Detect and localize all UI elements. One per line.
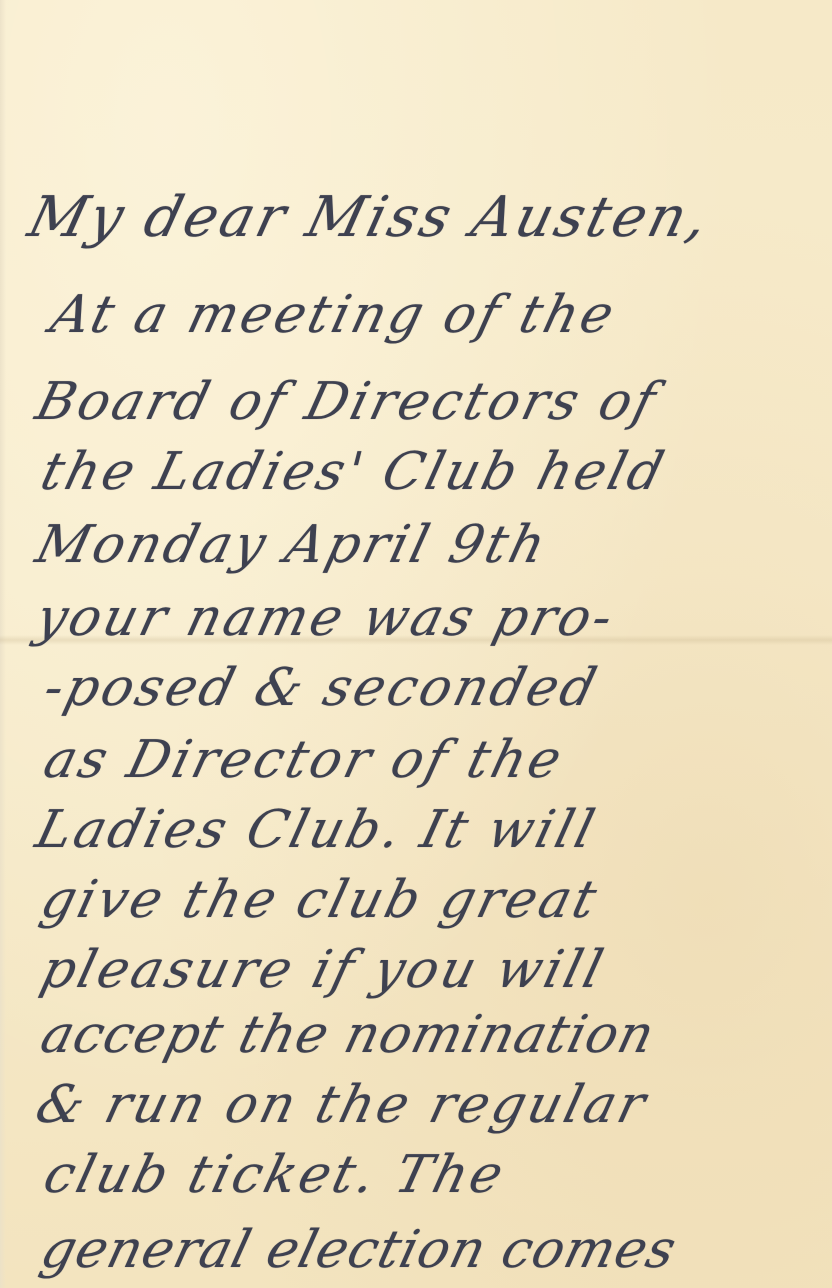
- salutation: My dear Miss Austen,: [22, 185, 717, 250]
- letter-line-12: & run on the regular: [30, 1075, 654, 1135]
- letter-line-3: the Ladies' Club held: [35, 442, 672, 502]
- letter-line-6: -posed & seconded: [38, 658, 605, 718]
- letter-page: My dear Miss Austen, At a meeting of the…: [0, 0, 832, 1288]
- letter-line-14: general election comes: [35, 1220, 683, 1280]
- letter-line-5: your name was pro-: [30, 588, 621, 648]
- letter-line-2: Board of Directors of: [30, 372, 664, 432]
- letter-line-10: pleasure if you will: [35, 940, 612, 1000]
- letter-line-11: accept the nomination: [35, 1005, 661, 1065]
- letter-line-13: club ticket. The: [38, 1145, 512, 1205]
- letter-line-4: Monday April 9th: [30, 515, 554, 575]
- letter-line-7: as Director of the: [38, 730, 570, 790]
- letter-line-1: At a meeting of the: [45, 285, 622, 345]
- letter-line-9: give the club great: [35, 870, 605, 930]
- letter-line-8: Ladies Club. It will: [30, 800, 603, 860]
